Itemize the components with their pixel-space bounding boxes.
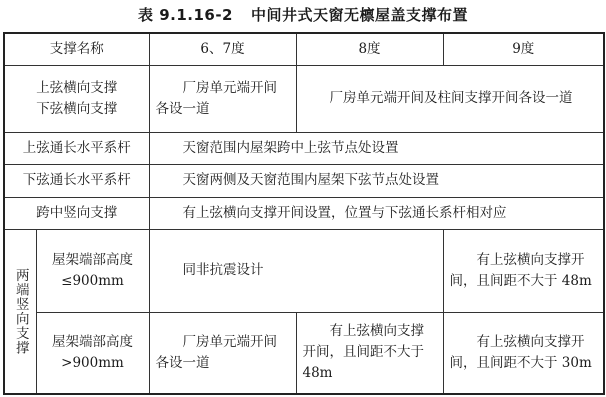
row-label-end-low: 屋架端部高度 ≤900mm bbox=[36, 229, 149, 312]
header-deg9: 9度 bbox=[443, 33, 604, 65]
cell-transverse-deg89: 厂房单元端开间及柱间支撑开间各设一道 bbox=[296, 65, 604, 132]
row-label-transverse: 上弦横向支撑 下弦横向支撑 bbox=[4, 65, 149, 132]
label-line: 下弦横向支撑 bbox=[11, 99, 143, 120]
table-caption: 中间井式天窗无檩屋盖支撑布置 bbox=[251, 6, 468, 24]
label-line: 上弦横向支撑 bbox=[11, 78, 143, 99]
cell-end-high-deg8: 有上弦横向支撑开间，且间距不大于 48m bbox=[296, 312, 443, 394]
row-label-midspan-vertical: 跨中竖向支撑 bbox=[4, 197, 149, 229]
row-label-end-high: 屋架端部高度 >900mm bbox=[36, 312, 149, 394]
group-label-end-vertical: 两端竖向支撑 bbox=[4, 229, 36, 394]
label-line: >900mm bbox=[43, 353, 143, 374]
cell-transverse-deg67: 厂房单元端开间各设一道 bbox=[149, 65, 296, 132]
cell-midspan-vertical: 有上弦横向支撑开间设置，位置与下弦通长系杆相对应 bbox=[149, 197, 604, 229]
label-line: 屋架端部高度 bbox=[43, 332, 143, 353]
header-brace-name: 支撑名称 bbox=[4, 33, 149, 65]
cell-end-high-deg9: 有上弦横向支撑开间，且间距不大于 30m bbox=[443, 312, 604, 394]
header-deg67: 6、7度 bbox=[149, 33, 296, 65]
table-row: 屋架端部高度 >900mm 厂房单元端开间各设一道 有上弦横向支撑开间，且间距不… bbox=[4, 312, 604, 394]
row-label-upper-tie: 上弦通长水平系杆 bbox=[4, 132, 149, 164]
table-row: 下弦通长水平系杆 天窗两侧及天窗范围内屋架下弦节点处设置 bbox=[4, 164, 604, 197]
cell-end-low-deg678: 同非抗震设计 bbox=[149, 229, 443, 312]
table-row: 上弦通长水平系杆 天窗范围内屋架跨中上弦节点处设置 bbox=[4, 132, 604, 164]
label-line: 屋架端部高度 bbox=[43, 250, 143, 271]
table-row: 上弦横向支撑 下弦横向支撑 厂房单元端开间各设一道 厂房单元端开间及柱间支撑开间… bbox=[4, 65, 604, 132]
cell-upper-tie: 天窗范围内屋架跨中上弦节点处设置 bbox=[149, 132, 604, 164]
header-deg8: 8度 bbox=[296, 33, 443, 65]
table-title: 表 9.1.16-2中间井式天窗无檩屋盖支撑布置 bbox=[0, 4, 606, 25]
label-line: ≤900mm bbox=[43, 271, 143, 292]
bracing-layout-table: 支撑名称 6、7度 8度 9度 上弦横向支撑 下弦横向支撑 厂房单元端开间各设一… bbox=[3, 32, 605, 395]
row-label-lower-tie: 下弦通长水平系杆 bbox=[4, 164, 149, 197]
cell-end-high-deg67: 厂房单元端开间各设一道 bbox=[149, 312, 296, 394]
header-row: 支撑名称 6、7度 8度 9度 bbox=[4, 33, 604, 65]
table-number: 表 9.1.16-2 bbox=[138, 6, 233, 24]
table-row: 两端竖向支撑 屋架端部高度 ≤900mm 同非抗震设计 有上弦横向支撑开间，且间… bbox=[4, 229, 604, 312]
cell-lower-tie: 天窗两侧及天窗范围内屋架下弦节点处设置 bbox=[149, 164, 604, 197]
table-row: 跨中竖向支撑 有上弦横向支撑开间设置，位置与下弦通长系杆相对应 bbox=[4, 197, 604, 229]
cell-end-low-deg9: 有上弦横向支撑开间，且间距不大于 48m bbox=[443, 229, 604, 312]
